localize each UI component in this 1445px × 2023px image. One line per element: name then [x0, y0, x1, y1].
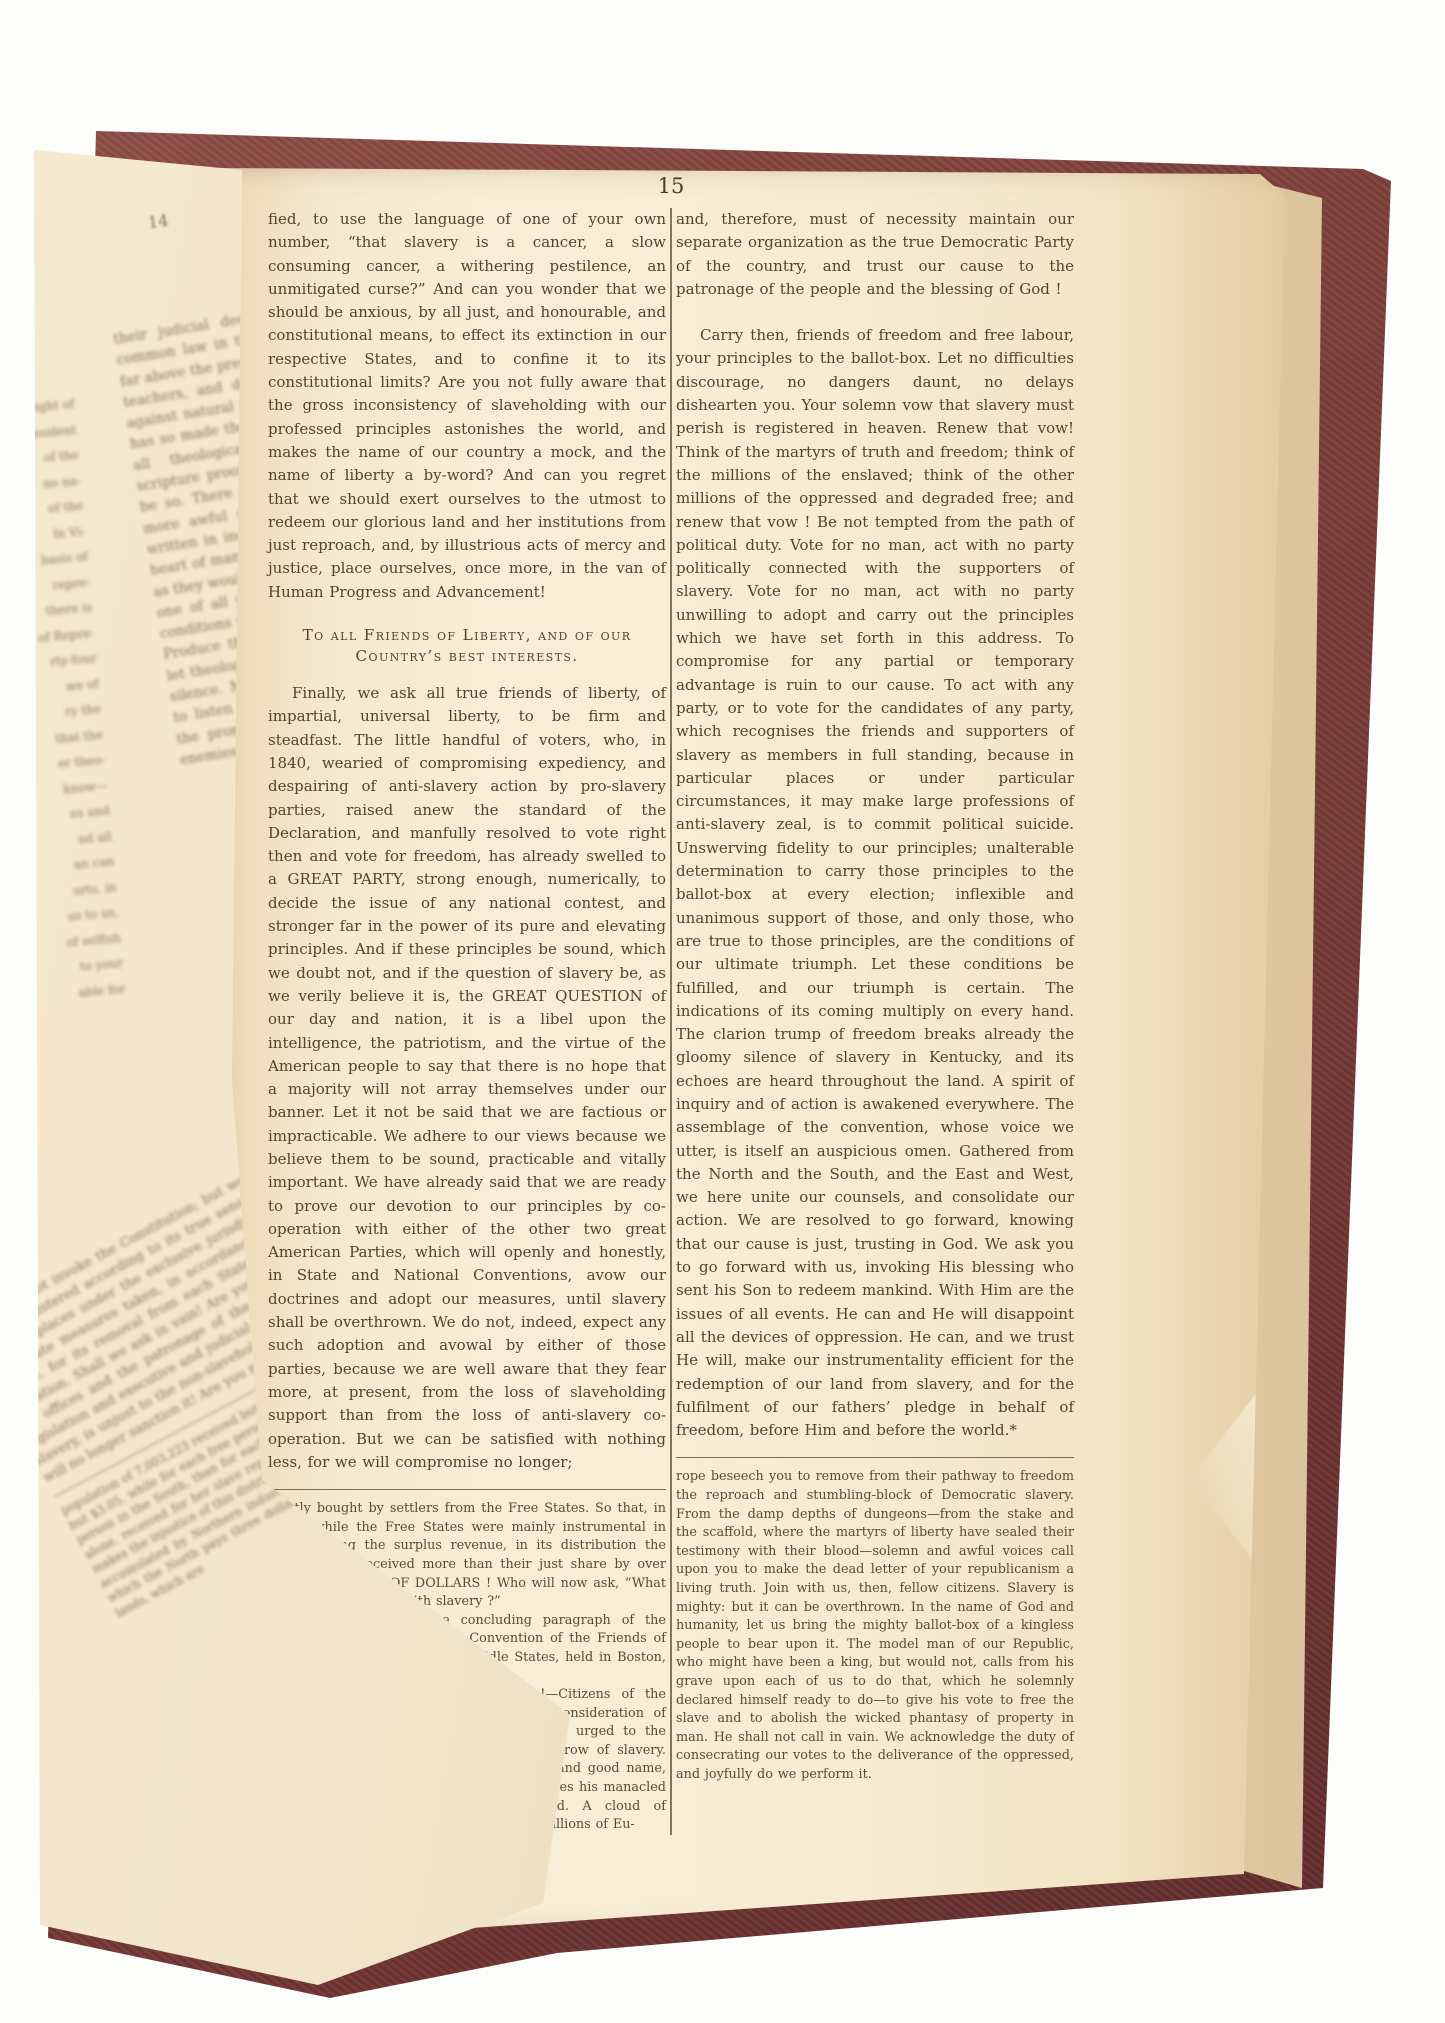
page-15-text-columns: fied, to use the language of one of your… [268, 208, 1294, 1835]
page-15-number: 15 [268, 174, 1074, 198]
footnote-right: rope beseech you to remove from their pa… [676, 1468, 1074, 1784]
section-heading: To all Friends of Liberty, and of our Co… [274, 625, 660, 667]
left-column-paragraph-2: Finally, we ask all true friends of libe… [268, 682, 666, 1474]
page-14-left-column-fragment: right of President of the no na- of the … [0, 392, 126, 1010]
page-14-number: 14 [147, 211, 170, 232]
right-column: and, therefore, must of necessity mainta… [676, 208, 1074, 1835]
footnote-right-paragraph-1: rope beseech you to remove from their pa… [676, 1468, 1074, 1784]
footnote-rule-right [676, 1457, 1074, 1458]
footnote-rule-left [268, 1489, 666, 1490]
right-column-paragraph-1: and, therefore, must of necessity mainta… [676, 208, 1074, 301]
right-column-paragraph-2: Carry then, friends of freedom and free … [676, 324, 1074, 1442]
left-column-paragraph-1: fied, to use the language of one of your… [268, 208, 666, 604]
book-photo: 15 fied, to use the language of one of y… [0, 0, 1445, 2023]
column-divider [670, 208, 672, 1835]
